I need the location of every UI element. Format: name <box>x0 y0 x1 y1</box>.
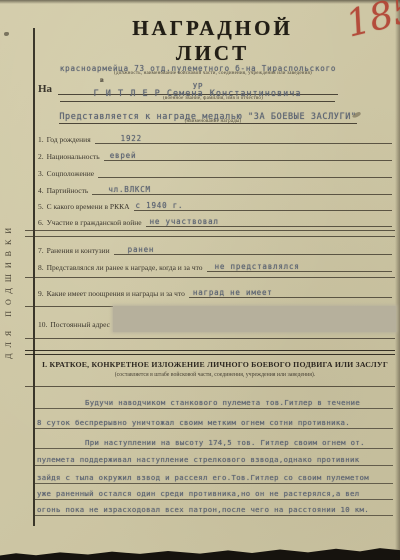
divider-rule <box>25 236 395 237</box>
story-line: 8 суток беспрерывно уничтожал своим метк… <box>35 412 393 429</box>
story-line: уже раненный остался один среди противни… <box>35 483 393 500</box>
field-label: Постоянный адрес <box>50 320 110 329</box>
story-line: Будучи наводчиком станкового пулемета то… <box>35 392 393 409</box>
award-caption: (наименование награды) <box>38 119 388 124</box>
award-sheet-document: ДЛЯ ПОДШИВКИ НАГРАДНОЙ ЛИСТ 185 На красн… <box>0 0 400 560</box>
handwritten-page-number: 185 <box>342 0 400 46</box>
field-label: Ранения и контузии <box>47 246 110 255</box>
field-nationality: 2. Национальность еврей <box>38 146 392 161</box>
field-birth-year: 1. Год рождения 1922 <box>38 129 392 144</box>
story-text: 8 суток беспрерывно уничтожал своим метк… <box>37 418 350 427</box>
unit-caption: (должность, наименование войсковой части… <box>38 71 388 76</box>
story-line: пулемета поддерживал наступление стрелко… <box>35 449 393 466</box>
field-label: Соцположение <box>47 169 95 178</box>
section-heading: I. КРАТКОЕ, КОНКРЕТНОЕ ИЗЛОЖЕНИЕ ЛИЧНОГО… <box>40 360 390 369</box>
field-value: чл.ВЛКСМ <box>108 185 151 194</box>
story-text: пулемета поддерживал наступление стрелко… <box>37 455 360 464</box>
field-label: Национальность <box>47 152 100 161</box>
field-rule: чл.ВЛКСМ <box>92 179 392 195</box>
field-rule: не представлялся <box>207 256 392 272</box>
na-label: На <box>38 83 52 95</box>
field-label: Представлялся ли ранее к награде, когда … <box>47 263 203 272</box>
field-rule: ранен <box>114 239 392 255</box>
field-rule: не участвовал <box>146 211 392 227</box>
field-number: 7. <box>38 246 44 255</box>
field-awards-held: 9. Какие имеет поощрения и награды и за … <box>38 283 392 298</box>
field-label: Партийность <box>47 186 89 195</box>
field-party-membership: 4. Партийность чл.ВЛКСМ <box>38 180 392 195</box>
story-text: Будучи наводчиком станкового пулемета то… <box>85 398 360 407</box>
field-rkka-since: 5. С какого времени в РККА с 1940 г. <box>38 196 392 211</box>
field-rule: 1922 <box>95 128 392 144</box>
paper-stain <box>4 32 9 36</box>
field-value: наград не имеет <box>193 288 273 297</box>
story-line: огонь пока не израсходовал всех патрон,п… <box>35 499 393 516</box>
field-number: 10. <box>38 320 47 329</box>
field-label: С какого времени в РККА <box>47 202 130 211</box>
name-caption: (военное звание, фамилия, имя и отчество… <box>38 96 388 101</box>
field-number: 4. <box>38 186 44 195</box>
field-rule <box>98 162 392 178</box>
field-number: 2. <box>38 152 44 161</box>
field-number: 9. <box>38 289 44 298</box>
story-line: зайдя с тыла окружил взвод и рассеял его… <box>35 467 393 484</box>
field-permanent-address: 10. Постоянный адрес <box>38 314 392 329</box>
field-civil-war: 6. Участие в гражданской войне не участв… <box>38 212 392 227</box>
field-number: 1. <box>38 135 44 144</box>
field-rule <box>114 314 392 329</box>
section-caption: (составляется в штабе войсковой части, с… <box>40 372 390 378</box>
divider-rule <box>25 230 395 231</box>
field-number: 5. <box>38 202 44 211</box>
field-label: Год рождения <box>47 135 91 144</box>
field-label: Участие в гражданской войне <box>47 218 142 227</box>
story-text: огонь пока не израсходовал всех патрон,п… <box>37 505 369 514</box>
story-text: уже раненный остался один среди противни… <box>37 489 360 498</box>
field-wounds: 7. Ранения и контузии ранен <box>38 240 392 255</box>
field-value: еврей <box>110 151 137 160</box>
field-number: 8. <box>38 263 44 272</box>
field-social-position: 3. Соцположение <box>38 163 392 178</box>
story-text: При наступлении на высоту 174,5 тов. Гит… <box>85 438 365 447</box>
story-line: При наступлении на высоту 174,5 тов. Гит… <box>35 432 393 449</box>
field-value: не представлялся <box>215 262 300 271</box>
field-rule: с 1940 г. <box>134 195 393 211</box>
field-number: 3. <box>38 169 44 178</box>
field-value: с 1940 г. <box>136 201 184 210</box>
field-label: Какие имеет поощрения и награды и за что <box>47 289 185 298</box>
blank-rule <box>25 386 395 387</box>
field-value: не участвовал <box>150 217 219 226</box>
field-rule: еврей <box>104 145 392 161</box>
section-divider-heavy <box>25 354 395 355</box>
section-divider-heavy <box>25 350 395 351</box>
field-prior-nomination: 8. Представлялся ли ранее к награде, ког… <box>38 257 392 272</box>
story-text: зайдя с тыла окружил взвод и рассеял его… <box>37 473 369 482</box>
field-value: ранен <box>128 245 155 254</box>
field-number: 6. <box>38 218 44 227</box>
blank-rule <box>25 338 395 339</box>
scan-bottom-torn-edge <box>0 544 400 560</box>
field-value: 1922 <box>121 134 142 143</box>
spine-vertical-text: ДЛЯ ПОДШИВКИ <box>4 168 18 413</box>
blank-rule <box>25 277 395 278</box>
scan-top-edge <box>0 0 400 4</box>
scan-right-edge <box>395 0 400 560</box>
field-rule: наград не имеет <box>189 282 392 298</box>
